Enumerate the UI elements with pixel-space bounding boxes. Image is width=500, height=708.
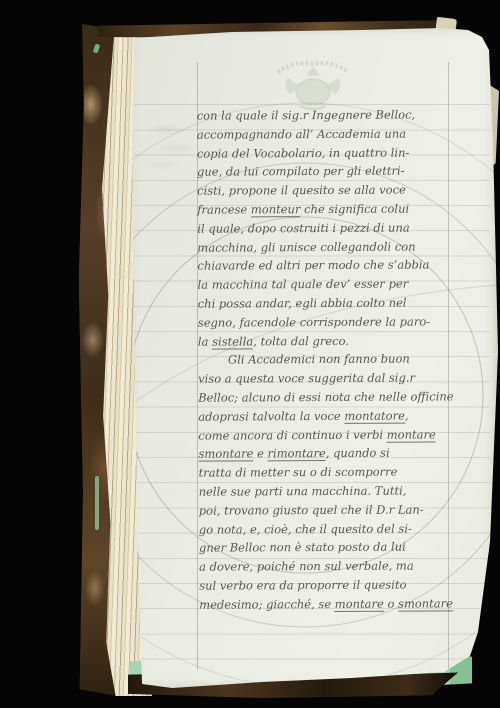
photographed-manuscript-scene: 168 con la quale il sig.r Ingegnere Bell… (0, 0, 500, 708)
green-edge-sliver (95, 476, 99, 530)
page-vignette (112, 22, 500, 694)
manuscript-page: 168 con la quale il sig.r Ingegnere Bell… (112, 22, 500, 694)
